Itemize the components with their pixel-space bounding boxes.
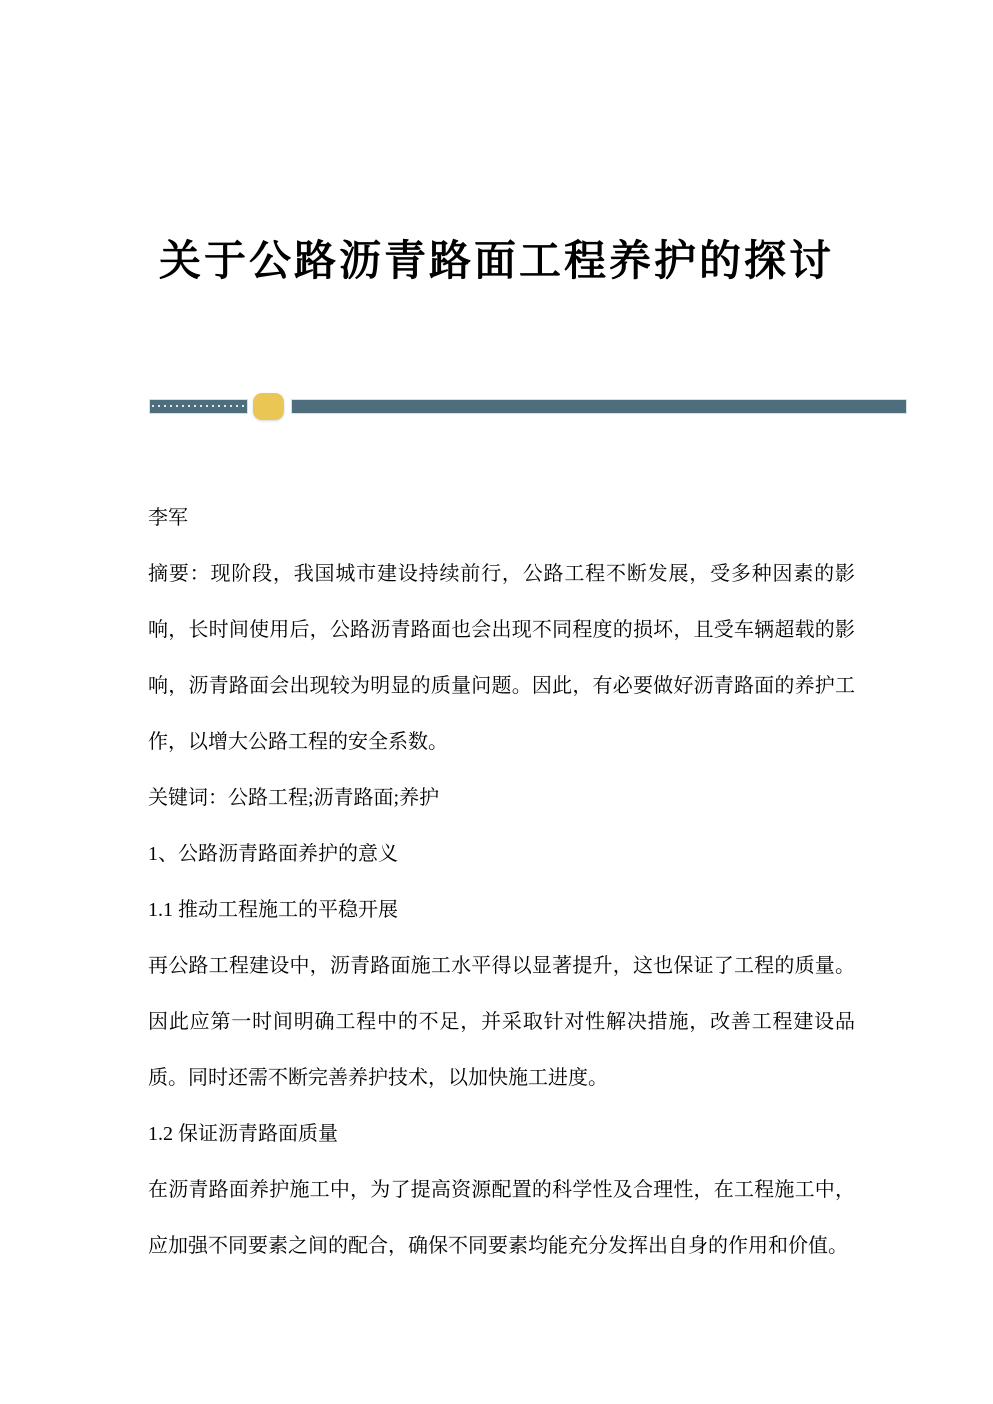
section-paragraph-1-2: 在沥青路面养护施工中，为了提高资源配置的科学性及合理性，在工程施工中，应加强不同… [148,1162,855,1274]
keywords-line: 关键词：公路工程;沥青路面;养护 [148,770,855,826]
document-title: 关于公路沥青路面工程养护的探讨 [0,228,993,288]
divider-main-bar [292,400,906,413]
section-heading-1-1: 1.1 推动工程施工的平稳开展 [148,882,855,938]
divider-left-segment [150,400,247,413]
section-paragraph-1-1: 再公路工程建设中，沥青路面施工水平得以显著提升，这也保证了工程的质量。因此应第一… [148,938,855,1106]
section-heading-1: 1、公路沥青路面养护的意义 [148,826,855,882]
abstract-paragraph: 摘要：现阶段，我国城市建设持续前行，公路工程不断发展，受多种因素的影响，长时间使… [148,546,855,770]
document-page: 关于公路沥青路面工程养护的探讨 李军 摘要：现阶段，我国城市建设持续前行，公路工… [0,0,993,1404]
divider-accent-dot [253,393,284,420]
title-divider [150,398,906,414]
section-heading-1-2: 1.2 保证沥青路面质量 [148,1106,855,1162]
author-name: 李军 [148,490,855,546]
article-body: 李军 摘要：现阶段，我国城市建设持续前行，公路工程不断发展，受多种因素的影响，长… [148,490,855,1274]
